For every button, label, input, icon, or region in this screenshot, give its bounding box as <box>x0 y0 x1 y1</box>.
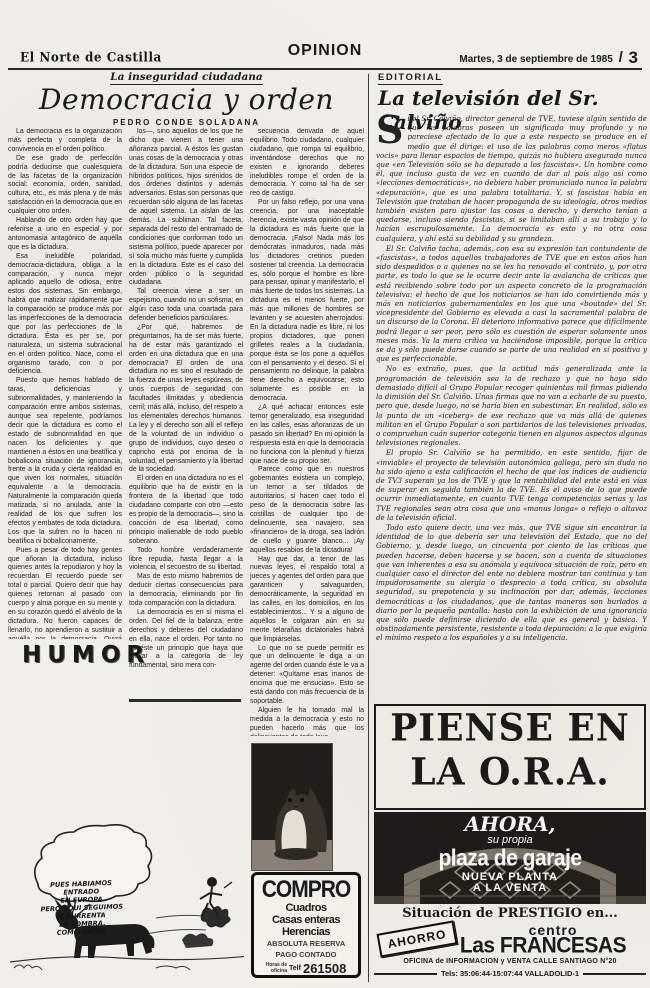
compro-ad-note: ABSOLUTA RESERVA <box>254 940 358 949</box>
garage-ad-a-la-venta: A LA VENTA <box>384 883 636 894</box>
artist-signature <box>14 965 190 970</box>
compro-ad-title: COMPRO <box>254 876 358 904</box>
article-column-2: los—, sino aquéllos de los que he dicho … <box>129 128 243 696</box>
compro-ad-tel-number: 261508 <box>303 961 346 976</box>
editorial-lead-paragraph: Si el Sr. Calviño, director general de T… <box>376 114 647 243</box>
column-divider-rule <box>368 74 369 982</box>
slash-separator: / <box>619 49 623 66</box>
page-number: 3 <box>629 48 638 67</box>
compro-ad-phone-row: Horas deoficina Telf 261508 <box>254 961 358 976</box>
article-column-1: La democracia es la organización más per… <box>8 128 122 639</box>
garage-ad-text: AHORA, su propia plaza de garaje NUEVA P… <box>384 814 636 894</box>
article-column-3: secuencia derivada de aquel equilibrio. … <box>250 128 364 736</box>
page-header: El Norte de Castilla OPINION Martes, 3 d… <box>8 38 642 66</box>
ora-ad-line1: PIENSE EN <box>376 705 644 751</box>
article-headline: Democracia y orden <box>8 83 365 116</box>
ora-ad: PIENSE EN LA O.R.A. <box>374 704 646 810</box>
phones-text: Tels: 35:06:44-15:07:44 VALLADOLID-1 <box>441 969 579 978</box>
speech-bubble-text: PUES HABIAMOS ENTRADO EN EUROPA PERO AQU… <box>33 878 131 947</box>
prestigio-line: Situación de PRESTIGIO en... <box>374 906 646 921</box>
dateline: Martes, 3 de septiembre de 1985 / 3 <box>459 48 638 68</box>
cat-photo <box>252 744 332 870</box>
compro-ad-hours: Horas deoficina <box>266 963 287 974</box>
phones-line: Tels: 35:06:44-15:07:44 VALLADOLID-1 <box>374 969 646 978</box>
compro-ad-line: Casas enteras <box>254 914 358 926</box>
left-rule <box>374 973 437 975</box>
las-francesas-logo: Las FRANCESAS <box>440 933 646 958</box>
office-info-line: OFICINA de INFORMACION y VENTA CALLE SAN… <box>374 958 646 965</box>
editorial-paragraphs: El Sr. Calviño tacha, además, con esa su… <box>376 244 647 643</box>
compro-ad-tel-label: Telf <box>289 965 301 972</box>
drop-cap: S <box>376 115 403 145</box>
header-rule <box>8 68 642 70</box>
article-byline: PEDRO CONDE SOLADANA <box>8 118 365 127</box>
garage-ad-plaza: plaza de garaje <box>384 847 636 870</box>
garage-ad-ahora: AHORA, <box>384 814 636 834</box>
date-text: Martes, 3 de septiembre de 1985 <box>459 54 612 65</box>
garage-ad-supropia: su propia <box>384 835 636 846</box>
compro-ad: COMPRO Cuadros Casas enteras Herencias A… <box>251 872 361 978</box>
article-kicker: La inseguridad ciudadana <box>8 71 365 83</box>
compro-ad-line: Herencias <box>254 926 358 938</box>
right-rule <box>583 973 646 975</box>
newspaper-page: El Norte de Castilla OPINION Martes, 3 d… <box>0 0 650 988</box>
compro-ad-note: PAGO CONTADO <box>254 951 358 960</box>
humor-section-title: HUMOR <box>22 642 150 668</box>
editorial-label: EDITORIAL <box>378 72 443 85</box>
ora-ad-line2: LA O.R.A. <box>376 749 644 795</box>
editorial-body: Si el Sr. Calviño, director general de T… <box>376 114 647 702</box>
